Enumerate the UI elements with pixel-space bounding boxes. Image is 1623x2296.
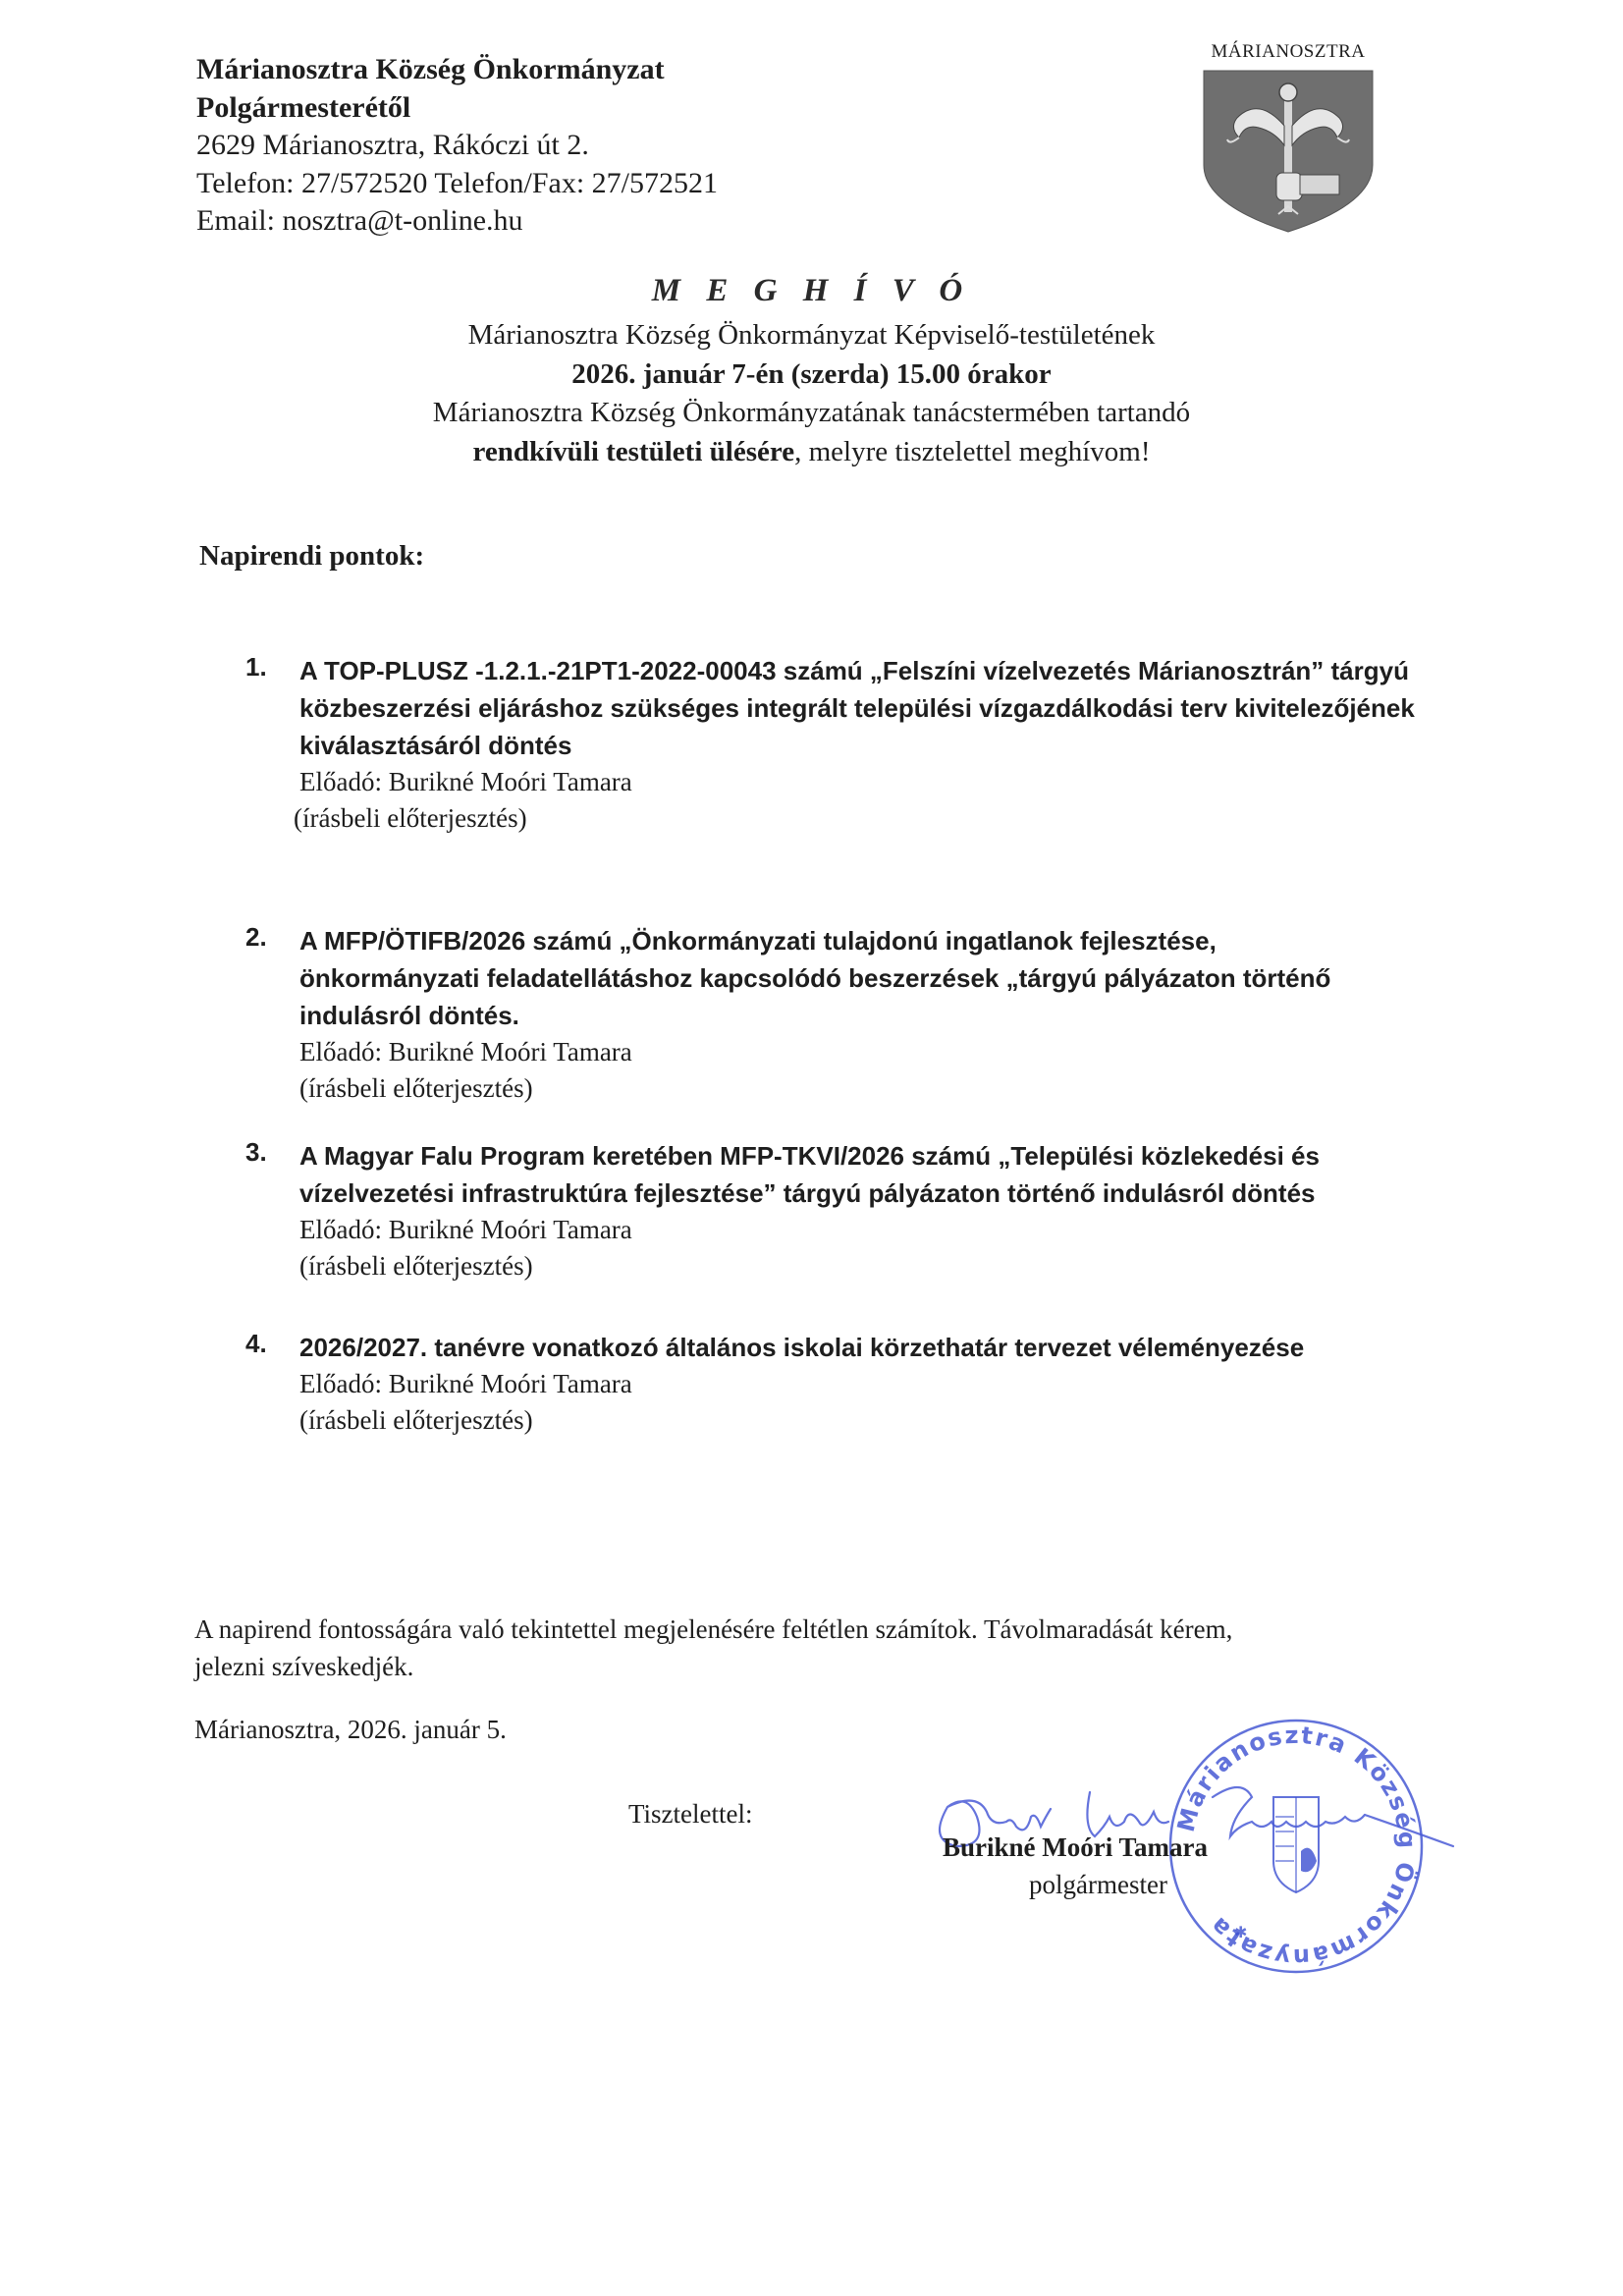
meeting-datetime: 2026. január 7-én (szerda) 15.00 órakor: [0, 355, 1623, 395]
agenda-item-proposal: (írásbeli előterjesztés): [299, 1248, 1320, 1285]
agenda-item-title-line: A TOP-PLUSZ -1.2.1.-21PT1-2022-00043 szá…: [299, 652, 1415, 689]
invitation-title: M E G H Í V Ó: [0, 273, 1623, 309]
agenda-item-presenter: Előadó: Burikné Moóri Tamara: [299, 1034, 1330, 1070]
letterhead: Márianosztra Község Önkormányzat Polgárm…: [196, 51, 718, 241]
sender: Polgármesterétől: [196, 89, 718, 128]
org-name: Márianosztra Község Önkormányzat: [196, 51, 718, 89]
meeting-type: rendkívüli testületi ülésére: [473, 436, 795, 467]
crest-label: MÁRIANOSZTRA: [1190, 41, 1386, 63]
agenda-item-title-line: A Magyar Falu Program keretében MFP-TKVI…: [299, 1137, 1320, 1175]
agenda-item-number: 3.: [245, 1137, 267, 1168]
invitation-line-3: Márianosztra Község Önkormányzatának tan…: [0, 394, 1623, 433]
closing-line-1: A napirend fontosságára való tekintettel…: [194, 1611, 1232, 1648]
agenda-item-number: 4.: [245, 1329, 267, 1359]
agenda-item-title-line: indulásról döntés.: [299, 997, 1330, 1034]
signer-name: Burikné Moóri Tamara: [943, 1832, 1208, 1863]
regards: Tisztelettel:: [628, 1799, 753, 1830]
agenda-item-title-line: közbeszerzési eljáráshoz szükséges integ…: [299, 689, 1415, 727]
svg-text:✱: ✱: [1234, 1923, 1247, 1941]
crest: MÁRIANOSZTRA: [1190, 41, 1386, 238]
closing-line-2: jelezni szíveskedjék.: [194, 1648, 1232, 1685]
agenda-heading: Napirendi pontok:: [199, 540, 424, 573]
agenda-item-presenter: Előadó: Burikné Moóri Tamara: [299, 764, 1415, 800]
email: Email: nosztra@t-online.hu: [196, 202, 718, 241]
closing-paragraph: A napirend fontosságára való tekintettel…: [194, 1611, 1232, 1685]
invitation-line-1: Márianosztra Község Önkormányzat Képvise…: [0, 316, 1623, 355]
agenda-item-title-line: önkormányzati feladatellátáshoz kapcsoló…: [299, 959, 1330, 997]
place-date: Márianosztra, 2026. január 5.: [194, 1715, 507, 1745]
agenda-item-title-line: 2026/2027. tanévre vonatkozó általános i…: [299, 1329, 1304, 1366]
agenda-item-proposal: (írásbeli előterjesztés): [299, 1402, 1304, 1439]
agenda-item-proposal: (írásbeli előterjesztés): [299, 1070, 1330, 1107]
agenda-item-title-line: kiválasztásáról döntés: [299, 727, 1415, 764]
coat-of-arms-icon: [1200, 67, 1377, 236]
invitation-line-4-rest: , melyre tisztelettel meghívom!: [794, 436, 1150, 467]
agenda-item-presenter: Előadó: Burikné Moóri Tamara: [299, 1366, 1304, 1402]
invitation-line-4: rendkívüli testületi ülésére, melyre tis…: [0, 433, 1623, 472]
svg-text:Márianosztra Község Önkormányz: Márianosztra Község Önkormányzata: [1172, 1722, 1422, 1971]
invitation-body: Márianosztra Község Önkormányzat Képvise…: [0, 316, 1623, 471]
agenda-item-number: 1.: [245, 652, 267, 683]
address: 2629 Márianosztra, Rákóczi út 2.: [196, 127, 718, 165]
agenda-item-title-line: A MFP/ÖTIFB/2026 számú „Önkormányzati tu…: [299, 922, 1330, 959]
agenda-item-title-line: vízelvezetési infrastruktúra fejlesztése…: [299, 1175, 1320, 1212]
stamp-text: Márianosztra Község Önkormányzata: [1172, 1722, 1422, 1971]
agenda-item-presenter: Előadó: Burikné Moóri Tamara: [299, 1212, 1320, 1248]
phone: Telefon: 27/572520 Telefon/Fax: 27/57252…: [196, 165, 718, 203]
agenda-item-number: 2.: [245, 922, 267, 953]
signer-role: polgármester: [1029, 1870, 1167, 1900]
agenda-item-proposal: (írásbeli előterjesztés): [294, 800, 1415, 837]
